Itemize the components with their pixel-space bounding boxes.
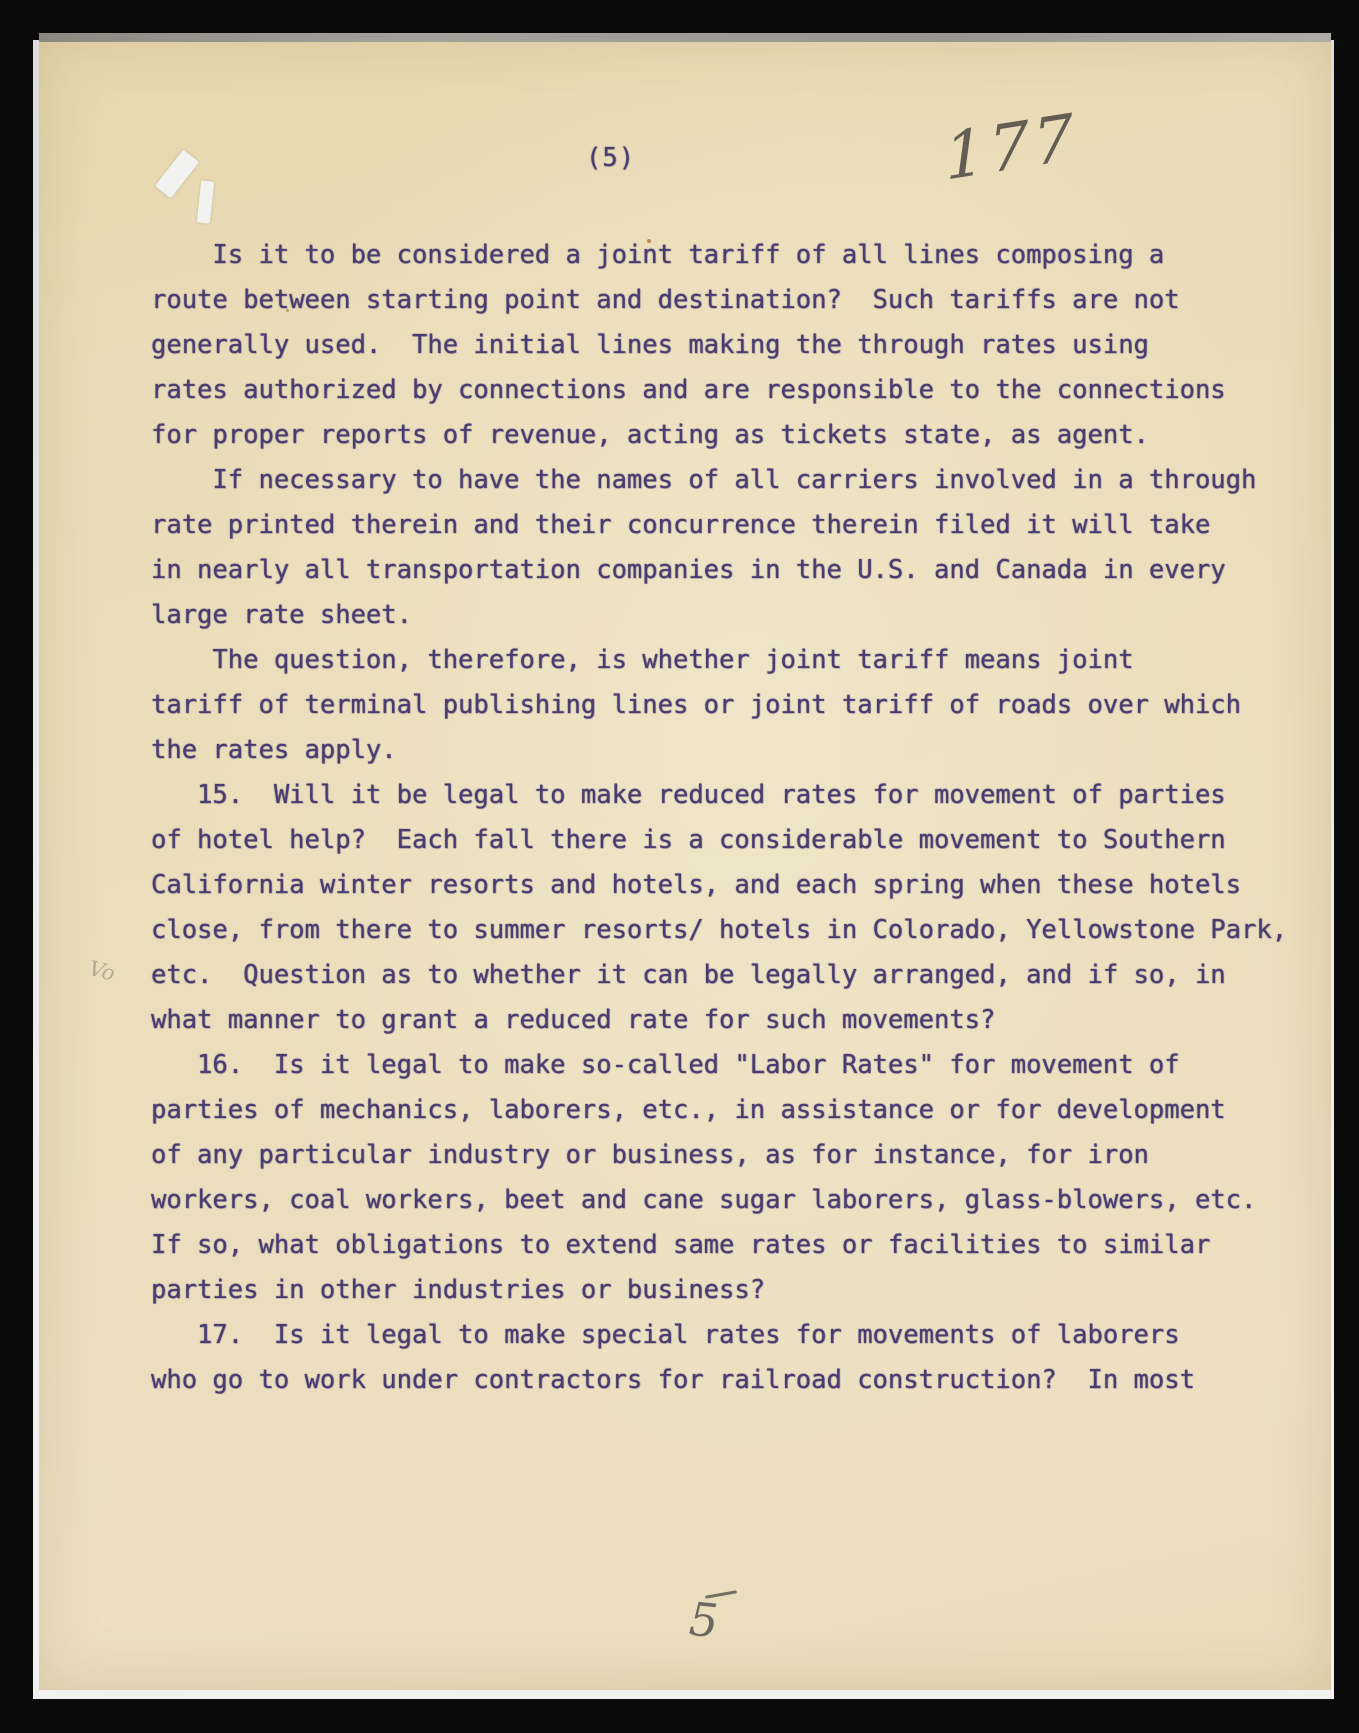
typed-text-line: workers, coal workers, beet and cane sug…	[151, 1178, 1311, 1223]
typed-text-line: the rates apply.	[151, 728, 1311, 773]
typed-text-line: large rate sheet.	[151, 593, 1311, 638]
typed-text-line: generally used. The initial lines making…	[151, 323, 1311, 368]
margin-pencil-scribble: Vo	[86, 956, 117, 986]
typed-text-body: Is it to be considered a joint tariff of…	[151, 233, 1311, 1403]
typed-text-line: route between starting point and destina…	[151, 278, 1311, 323]
typed-text-line: for proper reports of revenue, acting as…	[151, 413, 1311, 458]
typed-text-line: etc. Question as to whether it can be le…	[151, 953, 1311, 998]
document-page: (5) 177 Is it to be considered a joint t…	[39, 33, 1331, 1690]
typed-text-line: rates authorized by connections and are …	[151, 368, 1311, 413]
typed-text-line: parties of mechanics, laborers, etc., in…	[151, 1088, 1311, 1133]
typed-text-line: who go to work under contractors for rai…	[151, 1358, 1311, 1403]
tape-repair-mark	[197, 180, 214, 223]
typed-text-line: in nearly all transportation companies i…	[151, 548, 1311, 593]
typed-text-line: 17. Is it legal to make special rates fo…	[151, 1313, 1311, 1358]
typed-text-line: of any particular industry or business, …	[151, 1133, 1311, 1178]
typed-text-line: of hotel help? Each fall there is a cons…	[151, 818, 1311, 863]
typed-text-line: rate printed therein and their concurren…	[151, 503, 1311, 548]
typed-text-line: California winter resorts and hotels, an…	[151, 863, 1311, 908]
typed-page-number: (5)	[586, 143, 635, 173]
typed-text-line: Is it to be considered a joint tariff of…	[151, 233, 1311, 278]
typed-text-line: 15. Will it be legal to make reduced rat…	[151, 773, 1311, 818]
handwritten-folio-number: 177	[943, 100, 1079, 195]
handwritten-bottom-page-number: 5	[689, 1585, 749, 1655]
pencil-digit: 5	[682, 1592, 724, 1648]
typed-text-line: If so, what obligations to extend same r…	[151, 1223, 1311, 1268]
typed-text-line: tariff of terminal publishing lines or j…	[151, 683, 1311, 728]
typed-text-line: what manner to grant a reduced rate for …	[151, 998, 1311, 1043]
typed-text-line: parties in other industries or business?	[151, 1268, 1311, 1313]
scanned-document: (5) 177 Is it to be considered a joint t…	[0, 0, 1359, 1733]
typed-text-line: close, from there to summer resorts/ hot…	[151, 908, 1311, 953]
typed-text-line: 16. Is it legal to make so-called "Labor…	[151, 1043, 1311, 1088]
tape-repair-mark	[155, 150, 199, 199]
typed-text-line: The question, therefore, is whether join…	[151, 638, 1311, 683]
typed-text-line: If necessary to have the names of all ca…	[151, 458, 1311, 503]
